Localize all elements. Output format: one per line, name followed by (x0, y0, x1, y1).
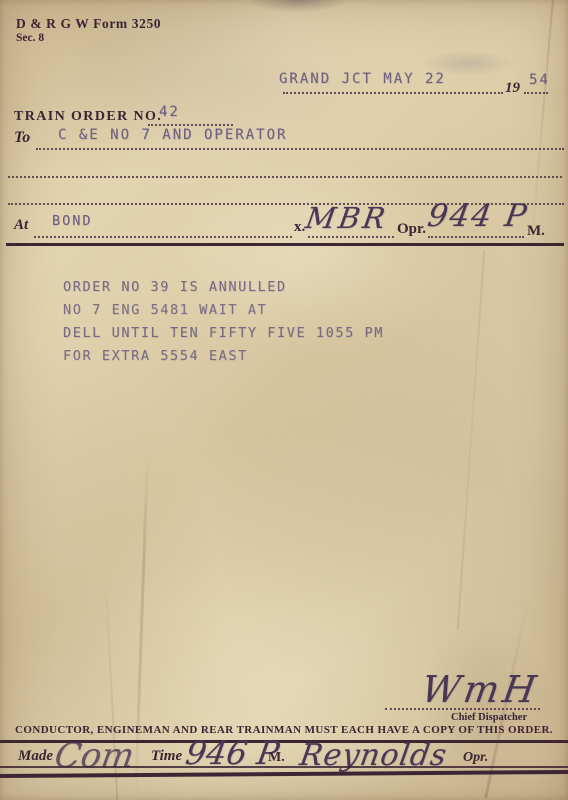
dispatcher-title-label: Chief Dispatcher (451, 712, 527, 723)
opr-dotted-rule (428, 236, 524, 238)
dispatcher-signature-handwriting: WmH (419, 668, 543, 711)
at-label: At (14, 217, 28, 234)
x-dotted-rule (308, 236, 394, 238)
scan-smudge (248, 0, 348, 13)
train-order-form: D & R G W Form 3250 Sec. 8 GRAND JCT MAY… (0, 0, 568, 800)
paper-crease (457, 250, 486, 629)
meridiem-label: M. (527, 223, 545, 240)
date-dotted-rule (283, 92, 503, 94)
signature-dotted-rule (385, 708, 540, 710)
to-value: C &E NO 7 AND OPERATOR (58, 127, 287, 143)
opr-label: Opr. (397, 221, 426, 238)
order-body-line: ORDER NO 39 IS ANNULLED (63, 276, 384, 299)
heavy-rule (6, 243, 564, 246)
date-station-value: GRAND JCT MAY 22 (279, 71, 446, 87)
order-body-line: NO 7 ENG 5481 WAIT AT (63, 299, 384, 322)
made-label: Made (18, 748, 53, 765)
paper-crease (134, 455, 149, 800)
order-body-line: FOR EXTRA 5554 EAST (63, 345, 384, 368)
paper-crease (529, 0, 555, 260)
order-number-value: 42 (159, 104, 180, 120)
x-initials-handwriting: MBR (303, 201, 390, 235)
bottom-rule (0, 766, 568, 768)
form-id: D & R G W Form 3250 (16, 16, 161, 32)
made-value-handwriting: Com (52, 736, 137, 776)
opr-time-handwriting: 944 P (425, 198, 531, 234)
year-dotted-rule (524, 92, 548, 94)
order-body-line: DELL UNTIL TEN FIFTY FIVE 1055 PM (63, 322, 384, 345)
at-station-value: BOND (52, 213, 93, 229)
copy-notice: CONDUCTOR, ENGINEMAN AND REAR TRAINMAN M… (0, 724, 568, 736)
year-prefix-label: 19 (505, 80, 520, 97)
order-number-label: TRAIN ORDER NO. (14, 109, 162, 125)
at-dotted-rule (34, 236, 292, 238)
form-section: Sec. 8 (16, 32, 44, 44)
made-opr-label: Opr. (463, 750, 488, 766)
year-value: 54 (529, 72, 550, 88)
to-dotted-rule (36, 148, 564, 150)
order-number-dotted-rule (148, 124, 233, 126)
blank-dotted-rule (8, 176, 562, 178)
time-label: Time (151, 748, 182, 765)
to-label: To (14, 129, 30, 147)
made-meridiem-label: M. (268, 750, 285, 766)
